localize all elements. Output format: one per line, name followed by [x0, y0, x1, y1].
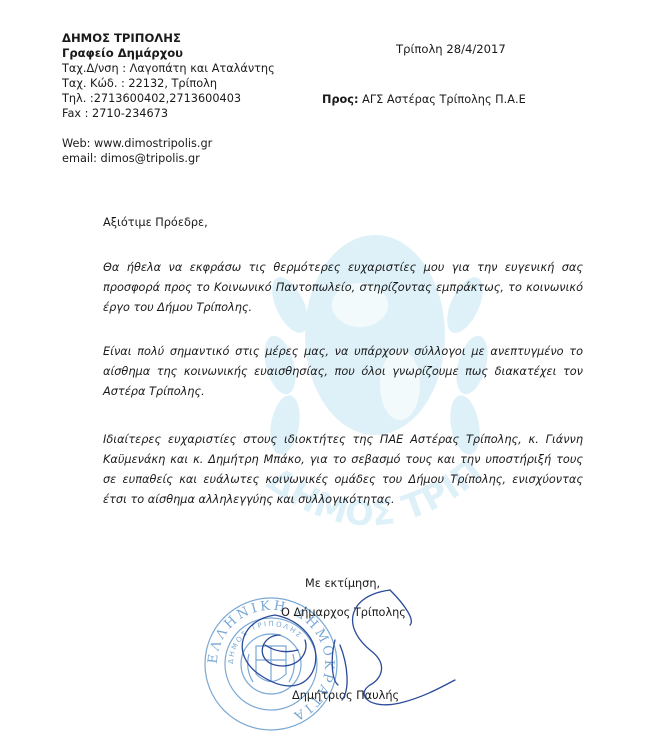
recipient: Προς: ΑΓΣ Αστέρας Τρίπολης Π.Α.Ε [322, 93, 526, 106]
paragraph: Ιδιαίτερες ευχαριστίες στους ιδιοκτήτες … [103, 430, 583, 510]
date-line: Τρίπολη 28/4/2017 [396, 42, 506, 56]
salutation: Αξιότιμε Πρόεδρε, [103, 216, 208, 229]
office-name: Γραφείο Δημάρχου [62, 46, 275, 61]
phone: Τηλ. :2713600402,2713600403 [62, 91, 275, 106]
org-name: ΔΗΜΟΣ ΤΡΙΠΟΛΗΣ [62, 31, 275, 46]
fax: Fax : 2710-234673 [62, 106, 275, 121]
address: Ταχ.Δ/νση : Λαγοπάτη και Αταλάντης [62, 61, 275, 76]
paragraph: Είναι πολύ σημαντικό στις μέρες μας, να … [103, 342, 583, 402]
recipient-name: ΑΓΣ Αστέρας Τρίπολης Π.Α.Ε [362, 93, 526, 106]
website: Web: www.dimostripolis.gr [62, 136, 275, 151]
recipient-label: Προς: [322, 93, 359, 106]
email: email: dimos@tripolis.gr [62, 151, 275, 166]
handwritten-signature [230, 585, 465, 720]
postal-code: Ταχ. Κώδ. : 22132, Τρίπολη [62, 76, 275, 91]
paragraph: Θα ήθελα να εκφράσω τις θερμότερες ευχαρ… [103, 258, 583, 318]
letterhead: ΔΗΜΟΣ ΤΡΙΠΟΛΗΣ Γραφείο Δημάρχου Ταχ.Δ/νσ… [62, 31, 275, 166]
letter-page: ΔΗΜΟΣ ΤΡΙΠΟΛΗΣ ΔΗΜΟΣ ΤΡΙΠΟΛΗΣ Γραφείο Δη… [0, 0, 666, 746]
